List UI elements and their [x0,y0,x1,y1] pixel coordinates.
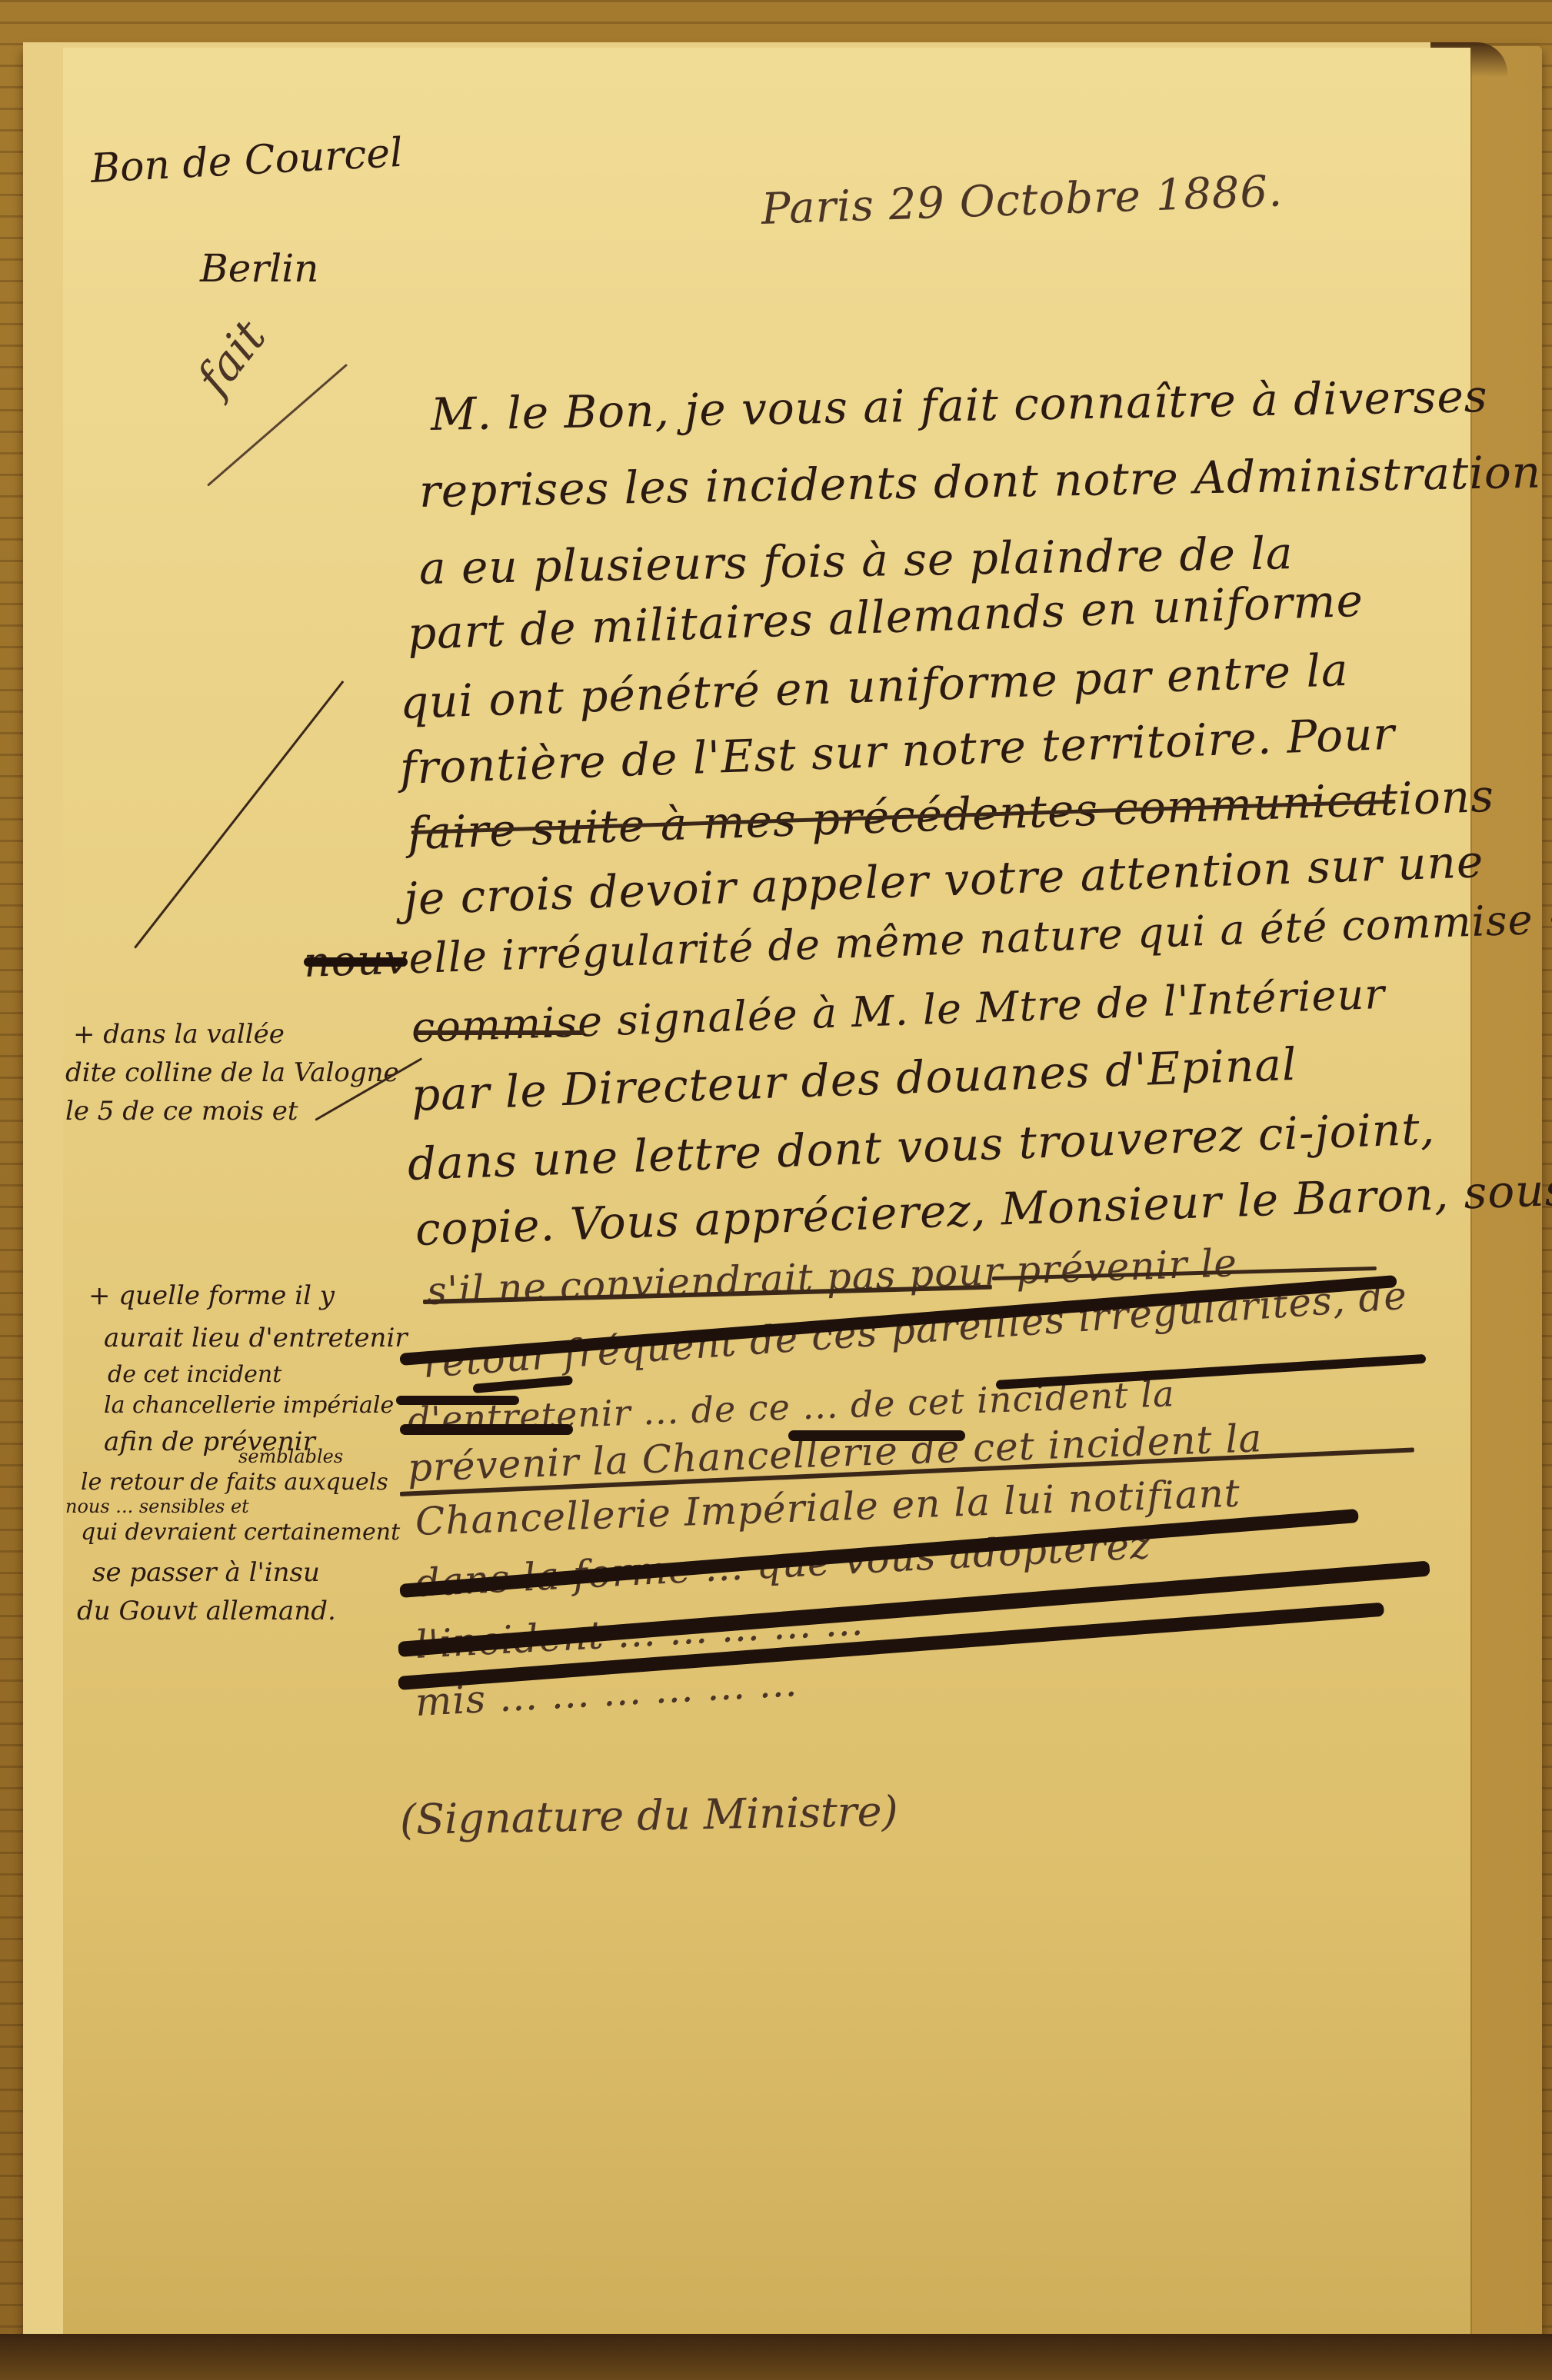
margin-insert-2-line-8: nous ... sensibles et [65,1496,249,1517]
strike-commise [415,1030,584,1035]
bottom-shadow [0,2334,1552,2380]
margin-insert-1-line-2: dite colline de la Valogne [65,1057,399,1088]
margin-insert-2-line-3: de cet incident [108,1361,281,1388]
margin-insert-2-line-10: se passer à l'insu [92,1557,320,1588]
margin-insert-2-line-11: du Gouvt allemand. [77,1596,336,1626]
margin-insert-2-line-4: la chancellerie impériale [104,1392,394,1419]
margin-insert-2-line-1: + quelle forme il y [88,1280,335,1311]
margin-insert-1-line-1: + dans la vallée [73,1019,285,1050]
margin-insert-2-line-9: qui devraient certainement [81,1519,400,1546]
margin-insert-1-line-3: le 5 de ce mois et [65,1096,298,1127]
strike-prevenir [400,1424,573,1435]
margin-insert-2-line-7: le retour de faits auxquels [81,1469,388,1496]
recipient-city: Berlin [200,246,318,291]
signature-placeholder: (Signature du Ministre) [399,1787,898,1844]
strike-dentretenir [396,1396,519,1405]
strike-nouvelle [304,957,408,967]
strike-la-chancellerie [788,1430,965,1441]
margin-insert-2-line-2: aurait lieu d'entretenir [104,1323,408,1353]
margin-insert-2-line-6: semblables [238,1446,343,1467]
